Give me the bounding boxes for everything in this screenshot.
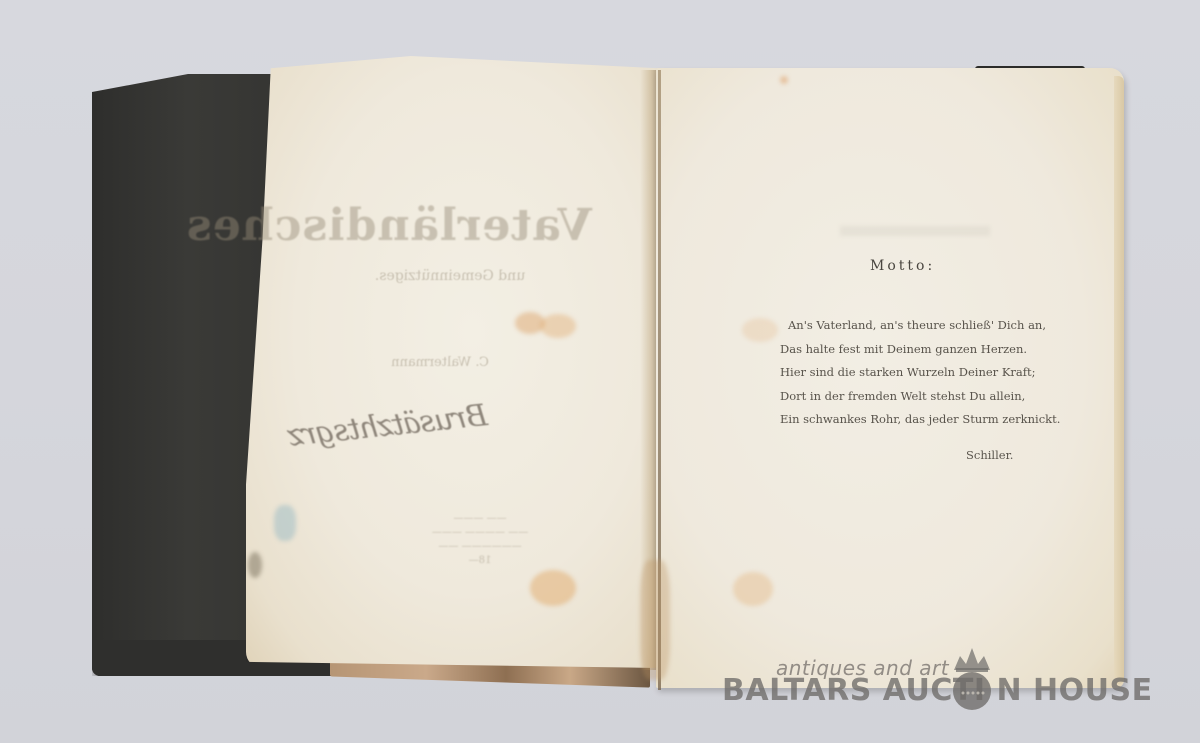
bleed-through-heading xyxy=(840,226,990,236)
foxing-stain xyxy=(742,318,778,342)
bleed-through-imprint: —— ——— —— ———— ——— —————— —— 18— xyxy=(380,512,580,568)
imprint-line: —————— —— xyxy=(380,540,580,554)
poem-line: Das halte fest mit Deinem ganzen Herzen. xyxy=(780,338,1080,362)
watermark-brand-name: BALTARS AUCTI N HOUSE xyxy=(722,673,1153,708)
blue-ink-mark xyxy=(274,505,296,541)
imprint-line: —— ———— ——— xyxy=(380,526,580,540)
photo-scene: Vaterländisches und Gemeinnütziges. C. W… xyxy=(0,0,1200,743)
poem-line: An's Vaterland, an's theure schließ' Dic… xyxy=(780,314,1080,338)
foxing-stain xyxy=(530,570,576,606)
foxing-stain xyxy=(540,314,576,338)
poem-line: Hier sind die starken Wurzeln Deiner Kra… xyxy=(780,361,1080,385)
imprint-line: —— ——— xyxy=(380,512,580,526)
poem-line: Ein schwankes Rohr, das jeder Sturm zerk… xyxy=(780,408,1080,432)
imprint-line: 18— xyxy=(380,554,580,568)
motto-poem: An's Vaterland, an's theure schließ' Dic… xyxy=(780,314,1080,432)
foxing-stain xyxy=(248,552,262,578)
crown-ball-icon xyxy=(946,646,998,712)
bleed-through-author: C. Waltermann xyxy=(380,355,500,370)
poem-attribution: Schiller. xyxy=(966,448,1013,462)
right-page-edge xyxy=(1114,76,1124,684)
bleed-through-title: Vaterländisches xyxy=(312,200,592,251)
poem-line: Dort in der fremden Welt stehst Du allei… xyxy=(780,385,1080,409)
spine-water-stain xyxy=(640,560,670,680)
foxing-stain xyxy=(780,76,788,84)
foxing-stain xyxy=(733,572,773,606)
motto-title: Motto: xyxy=(870,258,970,274)
bleed-through-subtitle: und Gemeinnütziges. xyxy=(350,268,550,284)
